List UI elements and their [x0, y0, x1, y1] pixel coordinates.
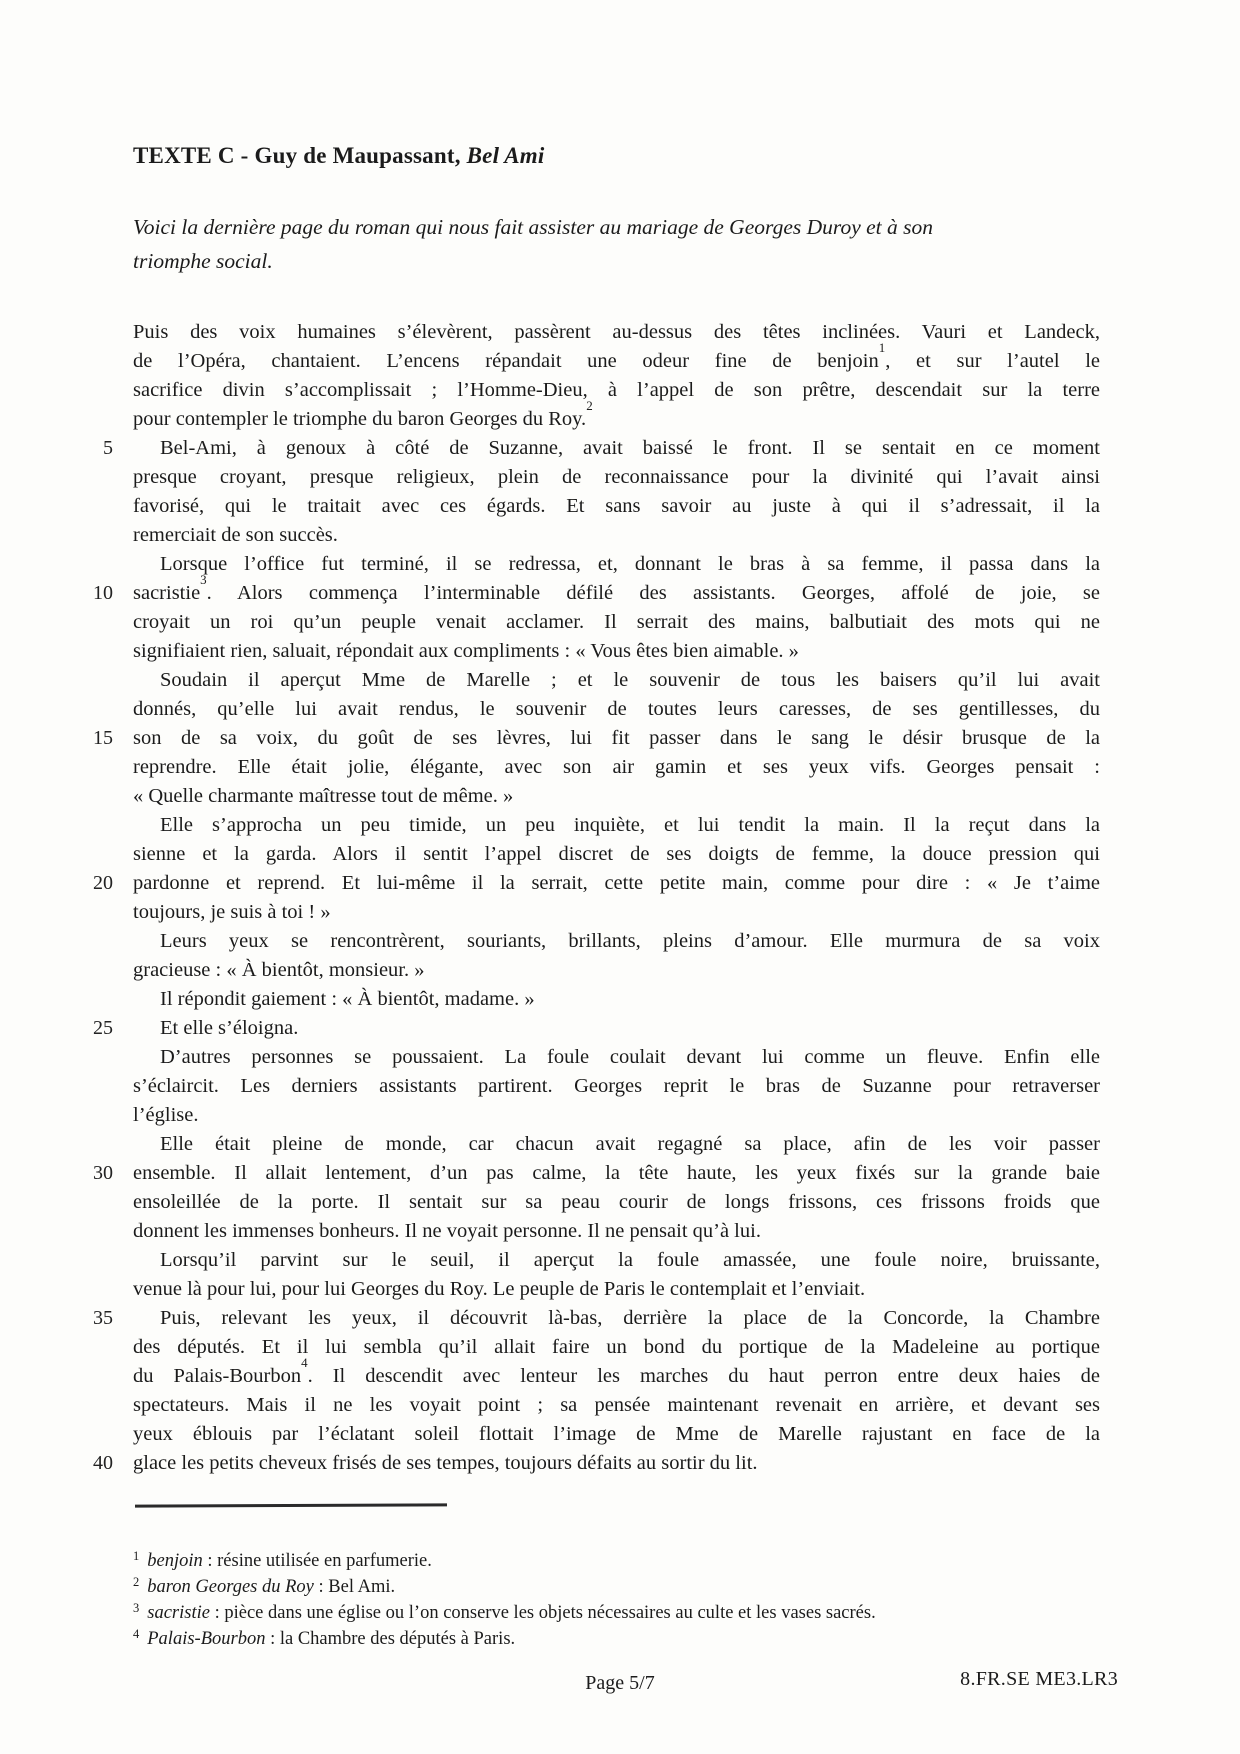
- line-number: [0, 782, 133, 811]
- text-line: 20pardonne et reprend. Et lui-même il la…: [0, 869, 1240, 898]
- text-line: presque croyant, presque religieux, plei…: [0, 463, 1240, 492]
- line-number: [0, 1420, 133, 1449]
- line-text: croyait un roi qu’un peuple venait accla…: [133, 608, 1100, 637]
- text-line: Il répondit gaiement : « À bientôt, mada…: [0, 985, 1240, 1014]
- text-line: Elle s’approcha un peu timide, un peu in…: [0, 811, 1240, 840]
- line-text: Puis, relevant les yeux, il découvrit là…: [133, 1304, 1100, 1333]
- text-line: 15son de sa voix, du goût de ses lèvres,…: [0, 724, 1240, 753]
- text-line: ensoleillée de la porte. Il sentait sur …: [0, 1188, 1240, 1217]
- line-text: Il répondit gaiement : « À bientôt, mada…: [133, 985, 1100, 1014]
- text-line: Elle était pleine de monde, car chacun a…: [0, 1130, 1240, 1159]
- line-number: 5: [0, 434, 133, 463]
- line-text: spectateurs. Mais il ne les voyait point…: [133, 1391, 1100, 1420]
- text-line: s’éclaircit. Les derniers assistants par…: [0, 1072, 1240, 1101]
- line-text: Et elle s’éloigna.: [133, 1014, 1100, 1043]
- line-text: sacristie3. Alors commença l’interminabl…: [133, 579, 1100, 608]
- text-line: croyait un roi qu’un peuple venait accla…: [0, 608, 1240, 637]
- line-text: de l’Opéra, chantaient. L’encens répanda…: [133, 347, 1100, 376]
- footnote: 4Palais-Bourbon : la Chambre des députés…: [133, 1626, 1143, 1652]
- line-number: 25: [0, 1014, 133, 1043]
- title-work: Bel Ami: [467, 143, 545, 168]
- line-text: pour contempler le triomphe du baron Geo…: [133, 405, 1100, 434]
- intro-line: Voici la dernière page du roman qui nous…: [133, 210, 1123, 244]
- line-text: son de sa voix, du goût de ses lèvres, l…: [133, 724, 1100, 753]
- line-number: 15: [0, 724, 133, 753]
- line-text: donnés, qu’elle lui avait rendus, le sou…: [133, 695, 1100, 724]
- line-number: 20: [0, 869, 133, 898]
- footnote: 1benjoin : résine utilisée en parfumerie…: [133, 1548, 1143, 1574]
- line-number: [0, 318, 133, 347]
- line-text: ensoleillée de la porte. Il sentait sur …: [133, 1188, 1100, 1217]
- text-line: spectateurs. Mais il ne les voyait point…: [0, 1391, 1240, 1420]
- footnote-term: baron Georges du Roy: [147, 1577, 314, 1597]
- text-line: 10sacristie3. Alors commença l’intermina…: [0, 579, 1240, 608]
- line-number: [0, 637, 133, 666]
- footnote-reference: 3: [200, 572, 207, 587]
- line-text: gracieuse : « À bientôt, monsieur. »: [133, 956, 1100, 985]
- footnote-text: : résine utilisée en parfumerie.: [203, 1551, 432, 1571]
- line-number: [0, 1362, 133, 1391]
- line-text: yeux éblouis par l’éclatant soleil flott…: [133, 1420, 1100, 1449]
- text-line: 5Bel-Ami, à genoux à côté de Suzanne, av…: [0, 434, 1240, 463]
- line-number: [0, 1043, 133, 1072]
- text-line: Puis des voix humaines s’élevèrent, pass…: [0, 318, 1240, 347]
- line-text: D’autres personnes se poussaient. La fou…: [133, 1043, 1100, 1072]
- footnotes: 1benjoin : résine utilisée en parfumerie…: [133, 1548, 1143, 1652]
- text-line: pour contempler le triomphe du baron Geo…: [0, 405, 1240, 434]
- line-number: [0, 956, 133, 985]
- intro-line: triomphe social.: [133, 244, 1123, 278]
- line-text: pardonne et reprend. Et lui-même il la s…: [133, 869, 1100, 898]
- text-line: de l’Opéra, chantaient. L’encens répanda…: [0, 347, 1240, 376]
- text-line: venue là pour lui, pour lui Georges du R…: [0, 1275, 1240, 1304]
- text-line: gracieuse : « À bientôt, monsieur. »: [0, 956, 1240, 985]
- footnote-term: sacristie: [147, 1603, 210, 1623]
- line-text: ensemble. Il allait lentement, d’un pas …: [133, 1159, 1100, 1188]
- line-text: Soudain il aperçut Mme de Marelle ; et l…: [133, 666, 1100, 695]
- line-number: [0, 1130, 133, 1159]
- line-number: [0, 405, 133, 434]
- line-number: [0, 666, 133, 695]
- text-line: favorisé, qui le traitait avec ces égard…: [0, 492, 1240, 521]
- footnote-separator: [135, 1503, 447, 1507]
- title-prefix: TEXTE C - Guy de Maupassant,: [133, 143, 467, 168]
- line-number: [0, 985, 133, 1014]
- line-number: [0, 1188, 133, 1217]
- text-line: donnent les immenses bonheurs. Il ne voy…: [0, 1217, 1240, 1246]
- line-number: 35: [0, 1304, 133, 1333]
- text-line: sacrifice divin s’accomplissait ; l’Homm…: [0, 376, 1240, 405]
- line-number: [0, 753, 133, 782]
- text-line: D’autres personnes se poussaient. La fou…: [0, 1043, 1240, 1072]
- footnote-reference: 2: [586, 398, 593, 413]
- footnote-text: : Bel Ami.: [314, 1577, 395, 1597]
- footnote-term: Palais-Bourbon: [147, 1629, 265, 1649]
- line-text: presque croyant, presque religieux, plei…: [133, 463, 1100, 492]
- text-line: 25Et elle s’éloigna.: [0, 1014, 1240, 1043]
- line-text: favorisé, qui le traitait avec ces égard…: [133, 492, 1100, 521]
- footnote-term: benjoin: [147, 1551, 203, 1571]
- footnote-number: 1: [133, 1549, 147, 1563]
- line-number: [0, 840, 133, 869]
- line-text: « Quelle charmante maîtresse tout de mêm…: [133, 782, 1100, 811]
- text-line: toujours, je suis à toi ! »: [0, 898, 1240, 927]
- text-line: Leurs yeux se rencontrèrent, souriants, …: [0, 927, 1240, 956]
- text-line: l’église.: [0, 1101, 1240, 1130]
- line-number: [0, 811, 133, 840]
- line-text: du Palais-Bourbon4. Il descendit avec le…: [133, 1362, 1100, 1391]
- line-text: s’éclaircit. Les derniers assistants par…: [133, 1072, 1100, 1101]
- page-title: TEXTE C - Guy de Maupassant, Bel Ami: [133, 143, 544, 169]
- line-text: des députés. Et il lui sembla qu’il alla…: [133, 1333, 1100, 1362]
- line-text: Bel-Ami, à genoux à côté de Suzanne, ava…: [133, 434, 1100, 463]
- text-line: du Palais-Bourbon4. Il descendit avec le…: [0, 1362, 1240, 1391]
- line-number: [0, 1391, 133, 1420]
- line-number: [0, 898, 133, 927]
- text-line: sienne et la garda. Alors il sentit l’ap…: [0, 840, 1240, 869]
- line-text: toujours, je suis à toi ! »: [133, 898, 1100, 927]
- line-number: [0, 521, 133, 550]
- line-text: Puis des voix humaines s’élevèrent, pass…: [133, 318, 1100, 347]
- text-line: 35Puis, relevant les yeux, il découvrit …: [0, 1304, 1240, 1333]
- line-text: Lorsqu’il parvint sur le seuil, il aperç…: [133, 1246, 1100, 1275]
- intro-text: Voici la dernière page du roman qui nous…: [133, 210, 1123, 278]
- line-text: reprendre. Elle était jolie, élégante, a…: [133, 753, 1100, 782]
- document-page: TEXTE C - Guy de Maupassant, Bel Ami Voi…: [0, 0, 1240, 1754]
- footnote-text: : pièce dans une église ou l’on conserve…: [210, 1603, 876, 1623]
- line-number: [0, 1246, 133, 1275]
- text-line: Lorsqu’il parvint sur le seuil, il aperç…: [0, 1246, 1240, 1275]
- line-text: sacrifice divin s’accomplissait ; l’Homm…: [133, 376, 1100, 405]
- line-number: [0, 463, 133, 492]
- line-number: [0, 376, 133, 405]
- footnote-number: 2: [133, 1575, 147, 1589]
- line-text: donnent les immenses bonheurs. Il ne voy…: [133, 1217, 1100, 1246]
- line-number: 10: [0, 579, 133, 608]
- line-number: [0, 1275, 133, 1304]
- line-number: [0, 1217, 133, 1246]
- line-text: Elle était pleine de monde, car chacun a…: [133, 1130, 1100, 1159]
- text-line: 30ensemble. Il allait lentement, d’un pa…: [0, 1159, 1240, 1188]
- text-line: signifiaient rien, saluait, répondait au…: [0, 637, 1240, 666]
- line-number: [0, 347, 133, 376]
- text-line: Soudain il aperçut Mme de Marelle ; et l…: [0, 666, 1240, 695]
- text-line: « Quelle charmante maîtresse tout de mêm…: [0, 782, 1240, 811]
- line-number: [0, 695, 133, 724]
- line-text: l’église.: [133, 1101, 1100, 1130]
- line-number: [0, 1101, 133, 1130]
- line-text: remerciait de son succès.: [133, 521, 1100, 550]
- footnote-number: 4: [133, 1627, 147, 1641]
- footnote: 3sacristie : pièce dans une église ou l’…: [133, 1600, 1143, 1626]
- text-line: 40glace les petits cheveux frisés de ses…: [0, 1449, 1240, 1478]
- line-number: [0, 550, 133, 579]
- line-number: [0, 1333, 133, 1362]
- line-number: [0, 1072, 133, 1101]
- text-line: yeux éblouis par l’éclatant soleil flott…: [0, 1420, 1240, 1449]
- footnote-number: 3: [133, 1601, 147, 1615]
- line-text: Lorsque l’office fut terminé, il se redr…: [133, 550, 1100, 579]
- footnote-reference: 4: [301, 1355, 308, 1370]
- text-line: donnés, qu’elle lui avait rendus, le sou…: [0, 695, 1240, 724]
- text-line: remerciait de son succès.: [0, 521, 1240, 550]
- line-text: sienne et la garda. Alors il sentit l’ap…: [133, 840, 1100, 869]
- line-number: [0, 492, 133, 521]
- line-number: 30: [0, 1159, 133, 1188]
- footnote: 2baron Georges du Roy : Bel Ami.: [133, 1574, 1143, 1600]
- footnote-text: : la Chambre des députés à Paris.: [265, 1629, 515, 1649]
- line-text: Elle s’approcha un peu timide, un peu in…: [133, 811, 1100, 840]
- line-text: glace les petits cheveux frisés de ses t…: [133, 1449, 1100, 1478]
- text-line: reprendre. Elle était jolie, élégante, a…: [0, 753, 1240, 782]
- line-number: [0, 608, 133, 637]
- line-number: [0, 927, 133, 956]
- footnote-reference: 1: [879, 340, 886, 355]
- text-line: des députés. Et il lui sembla qu’il alla…: [0, 1333, 1240, 1362]
- line-text: signifiaient rien, saluait, répondait au…: [133, 637, 1100, 666]
- document-code: 8.FR.SE ME3.LR3: [960, 1668, 1118, 1691]
- line-number: 40: [0, 1449, 133, 1478]
- line-text: Leurs yeux se rencontrèrent, souriants, …: [133, 927, 1100, 956]
- text-line: Lorsque l’office fut terminé, il se redr…: [0, 550, 1240, 579]
- text-body: Puis des voix humaines s’élevèrent, pass…: [0, 318, 1240, 1478]
- line-text: venue là pour lui, pour lui Georges du R…: [133, 1275, 1100, 1304]
